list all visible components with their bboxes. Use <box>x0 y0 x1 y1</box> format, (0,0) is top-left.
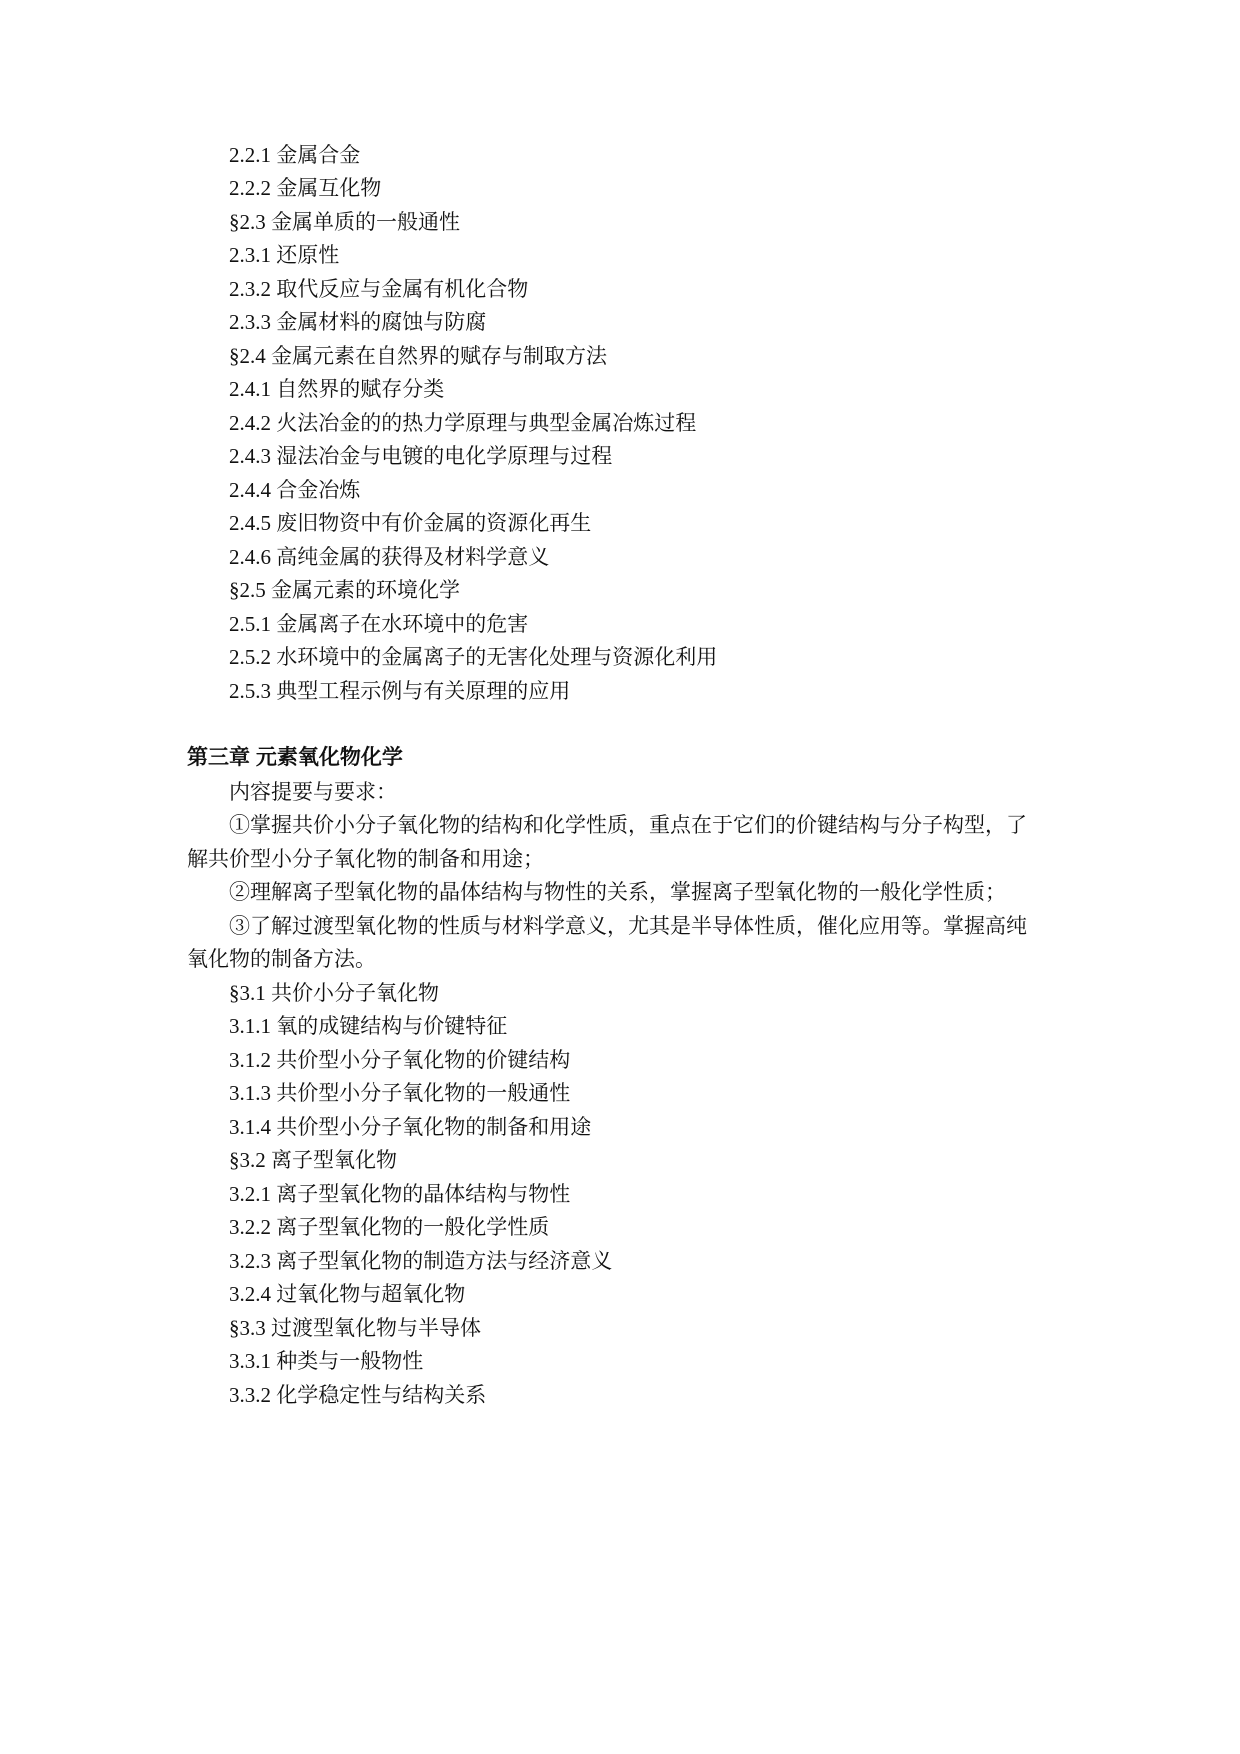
section-heading: §3.1 共价小分子氧化物 <box>229 979 439 1007</box>
toc-item: 2.5.3 典型工程示例与有关原理的应用 <box>229 677 570 705</box>
toc-item: 2.4.5 废旧物资中有价金属的资源化再生 <box>229 509 591 537</box>
requirement-text: 解共价型小分子氧化物的制备和用途； <box>187 845 544 873</box>
toc-item: 2.5.2 水环境中的金属离子的无害化处理与资源化利用 <box>229 643 717 671</box>
toc-item: 2.2.2 金属互化物 <box>229 174 381 202</box>
document-page: 2.2.1 金属合金 2.2.2 金属互化物 §2.3 金属单质的一般通性 2.… <box>0 0 1240 1754</box>
toc-item: 2.3.2 取代反应与金属有机化合物 <box>229 275 528 303</box>
toc-item: 3.1.4 共价型小分子氧化物的制备和用途 <box>229 1113 591 1141</box>
section-heading: §3.3 过渡型氧化物与半导体 <box>229 1314 481 1342</box>
section-heading: §3.2 离子型氧化物 <box>229 1146 397 1174</box>
requirement-text: 氧化物的制备方法。 <box>187 945 376 973</box>
section-heading: §2.5 金属元素的环境化学 <box>229 576 460 604</box>
chapter-title: 第三章 元素氧化物化学 <box>187 744 403 772</box>
toc-item: 3.3.1 种类与一般物性 <box>229 1347 423 1375</box>
toc-item: 3.2.1 离子型氧化物的晶体结构与物性 <box>229 1180 570 1208</box>
toc-item: 3.2.4 过氧化物与超氧化物 <box>229 1280 465 1308</box>
toc-item: 3.3.2 化学稳定性与结构关系 <box>229 1381 486 1409</box>
toc-item: 3.1.1 氧的成键结构与价键特征 <box>229 1012 507 1040</box>
toc-item: 3.2.3 离子型氧化物的制造方法与经济意义 <box>229 1247 612 1275</box>
toc-item: 2.4.2 火法冶金的的热力学原理与典型金属冶炼过程 <box>229 409 696 437</box>
toc-item: 2.4.3 湿法冶金与电镀的电化学原理与过程 <box>229 442 612 470</box>
toc-item: 3.2.2 离子型氧化物的一般化学性质 <box>229 1213 549 1241</box>
requirement-text: ③了解过渡型氧化物的性质与材料学意义，尤其是半导体性质，催化应用等。掌握高纯 <box>229 912 1027 940</box>
toc-item: 2.5.1 金属离子在水环境中的危害 <box>229 610 528 638</box>
toc-item: 2.4.6 高纯金属的获得及材料学意义 <box>229 543 549 571</box>
section-heading: §2.4 金属元素在自然界的赋存与制取方法 <box>229 342 607 370</box>
summary-label: 内容提要与要求： <box>229 778 397 806</box>
section-heading: §2.3 金属单质的一般通性 <box>229 208 460 236</box>
toc-item: 2.3.3 金属材料的腐蚀与防腐 <box>229 308 486 336</box>
requirement-text: ①掌握共价小分子氧化物的结构和化学性质，重点在于它们的价键结构与分子构型，了 <box>229 811 1027 839</box>
toc-item: 3.1.3 共价型小分子氧化物的一般通性 <box>229 1079 570 1107</box>
toc-item: 3.1.2 共价型小分子氧化物的价键结构 <box>229 1046 570 1074</box>
requirement-text: ②理解离子型氧化物的晶体结构与物性的关系，掌握离子型氧化物的一般化学性质； <box>229 878 1006 906</box>
toc-item: 2.3.1 还原性 <box>229 241 339 269</box>
toc-item: 2.4.4 合金冶炼 <box>229 476 360 504</box>
toc-item: 2.2.1 金属合金 <box>229 141 360 169</box>
toc-item: 2.4.1 自然界的赋存分类 <box>229 375 444 403</box>
